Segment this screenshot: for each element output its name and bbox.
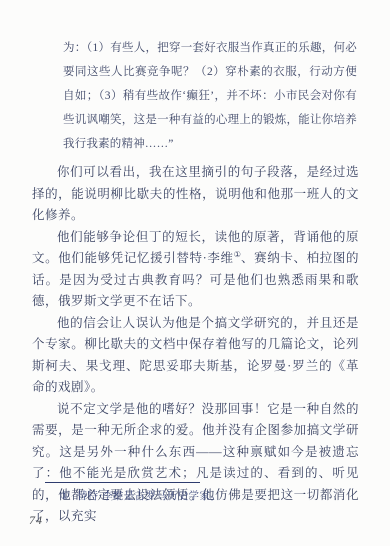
footnote-reference-marker: ① [234, 250, 241, 259]
paragraph-3-text: 他的信会让人误认为他是个搞文学研究的，并且还是个专家。柳比歇夫的文档中保存着他写… [32, 316, 359, 395]
footnote-text: 替特·李维是古罗马历史学家。 [77, 491, 221, 502]
quoted-passage: 为：（1）有些人，把穿一套好衣服当作真正的乐趣，何必要同这些人比赛竞争呢？（2）… [63, 36, 357, 156]
footnote: ①替特·李维是古罗马历史学家。 [60, 489, 350, 504]
paragraph-1: 你们可以看出，我在这里摘引的句子段落，是经过选择的，能说明柳比歇夫的性格，说明他… [32, 162, 359, 227]
quote-text: 为：（1）有些人，把穿一套好衣服当作真正的乐趣，何必要同这些人比赛竞争呢？（2）… [63, 42, 357, 150]
footnote-divider [45, 482, 200, 483]
footnote-area: ①替特·李维是古罗马历史学家。 74 [0, 482, 390, 528]
body-text: 你们可以看出，我在这里摘引的句子段落，是经过选择的，能说明柳比歇夫的性格，说明他… [32, 162, 359, 528]
paragraph-2: 他们能够争论但丁的短长，读他的原著，背诵他的原文。他们能够凭记忆援引替特·李维①… [32, 227, 359, 313]
paragraph-3: 他的信会让人误认为他是个搞文学研究的，并且还是个专家。柳比歇夫的文档中保存着他写… [32, 313, 359, 399]
page-number: 74 [29, 513, 390, 528]
footnote-marker: ① [60, 491, 70, 502]
book-page: 为：（1）有些人，把穿一套好衣服当作真正的乐趣，何必要同这些人比赛竞争呢？（2）… [0, 0, 390, 546]
paragraph-1-text: 你们可以看出，我在这里摘引的句子段落，是经过选择的，能说明柳比歇夫的性格，说明他… [32, 165, 359, 222]
